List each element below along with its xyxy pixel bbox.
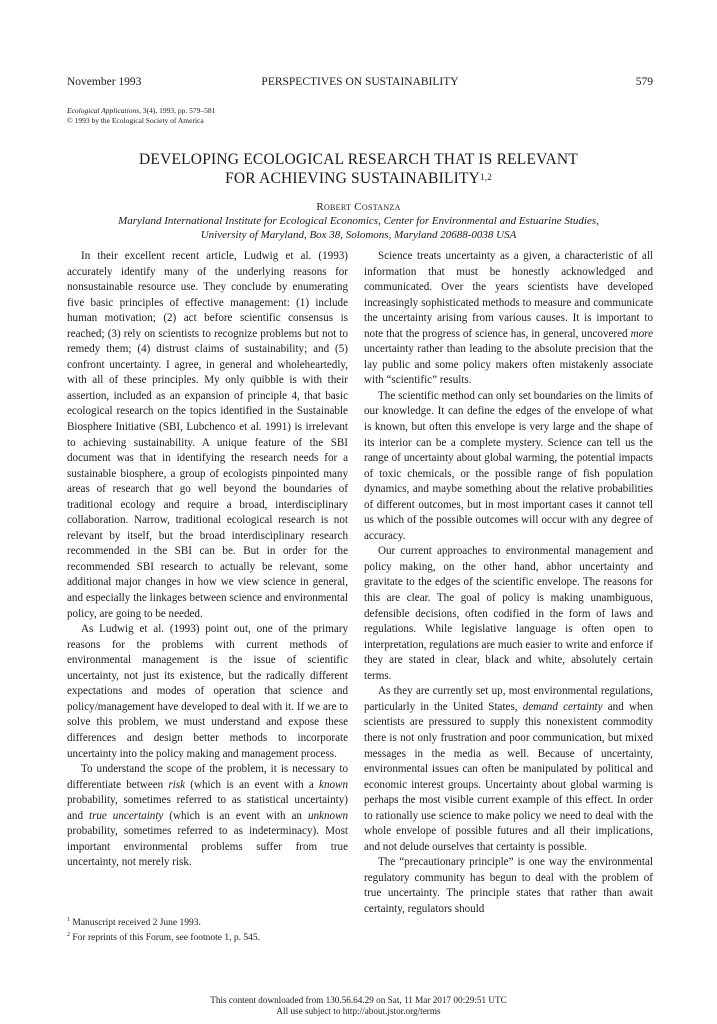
text-run: (which is an event with a: [185, 779, 319, 791]
download-info: This content downloaded from 130.56.64.2…: [0, 995, 717, 1006]
section-title: PERSPECTIVES ON SUSTAINABILITY: [67, 76, 653, 88]
text-run: (which is an event with an: [163, 810, 308, 822]
title-footnote-marks: 1,2: [480, 172, 492, 182]
terms-notice: All use subject to http://about.jstor.or…: [0, 1006, 717, 1017]
paragraph: The “precautionary principle” is one way…: [364, 855, 653, 917]
author-name: Robert Costanza: [0, 201, 717, 213]
paragraph: As Ludwig et al. (1993) point out, one o…: [67, 622, 348, 762]
page-number: 579: [636, 76, 653, 88]
article-title: DEVELOPING ECOLOGICAL RESEARCH THAT IS R…: [0, 150, 717, 188]
footnote-text: For reprints of this Forum, see footnote…: [70, 933, 260, 943]
footnote-1: 1 Manuscript received 2 June 1993.: [67, 914, 347, 929]
text-run: and when scientists are pressured to sup…: [364, 701, 653, 853]
affiliation-line-1: Maryland International Institute for Eco…: [0, 214, 717, 228]
emphasis-demand-certainty: demand certainty: [523, 701, 603, 713]
emphasis-known: known: [319, 779, 348, 791]
emphasis-more: more: [631, 328, 653, 340]
emphasis-unknown: unknown: [308, 810, 348, 822]
journal-details: 3(4), 1993, pp. 579–581: [141, 106, 215, 115]
emphasis-risk: risk: [168, 779, 185, 791]
body-column-right: Science treats uncertainty as a given, a…: [364, 249, 653, 918]
text-run: Science treats uncertainty as a given, a…: [364, 250, 653, 340]
footnotes: 1 Manuscript received 2 June 1993. 2 For…: [67, 914, 347, 944]
title-line-1: DEVELOPING ECOLOGICAL RESEARCH THAT IS R…: [0, 150, 717, 169]
paragraph: To understand the scope of the problem, …: [67, 762, 348, 871]
jstor-download-notice: This content downloaded from 130.56.64.2…: [0, 995, 717, 1017]
paragraph: As they are currently set up, most envir…: [364, 684, 653, 855]
journal-name: Ecological Applications,: [67, 106, 141, 115]
footnote-text: Manuscript received 2 June 1993.: [70, 918, 201, 928]
paragraph: Our current approaches to environmental …: [364, 544, 653, 684]
title-line-2: FOR ACHIEVING SUSTAINABILITY: [225, 170, 480, 187]
footnote-2: 2 For reprints of this Forum, see footno…: [67, 929, 347, 944]
paragraph: Science treats uncertainty as a given, a…: [364, 249, 653, 389]
journal-citation: Ecological Applications, 3(4), 1993, pp.…: [67, 106, 215, 125]
text-run: uncertainty rather than leading to the a…: [364, 343, 653, 386]
author-affiliation: Maryland International Institute for Eco…: [0, 214, 717, 242]
text-run: probability, sometimes referred to as in…: [67, 825, 348, 868]
paragraph: The scientific method can only set bound…: [364, 389, 653, 544]
running-head: November 1993 PERSPECTIVES ON SUSTAINABI…: [67, 76, 653, 92]
paragraph: In their excellent recent article, Ludwi…: [67, 249, 348, 622]
body-column-left: In their excellent recent article, Ludwi…: [67, 249, 348, 871]
affiliation-line-2: University of Maryland, Box 38, Solomons…: [0, 228, 717, 242]
copyright-notice: © 1993 by the Ecological Society of Amer…: [67, 116, 215, 126]
emphasis-true-uncertainty: true uncertainty: [89, 810, 163, 822]
